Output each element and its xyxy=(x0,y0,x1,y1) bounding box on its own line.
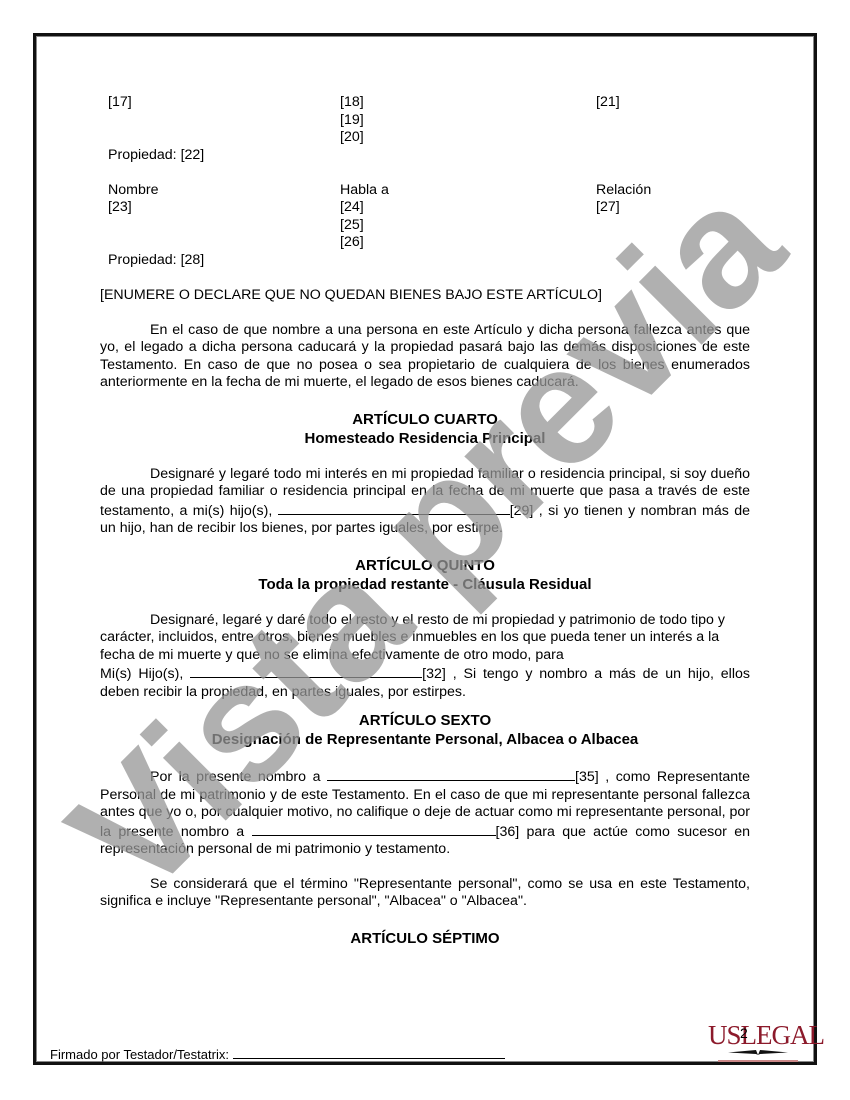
bequest-header-row: Nombre Habla a Relación xyxy=(100,182,750,200)
successor-blank-line xyxy=(252,822,496,836)
signature-label: Firmado por Testador/Testatrix: xyxy=(50,1047,229,1062)
article-5-subtitle: Toda la propiedad restante - Cláusula Re… xyxy=(100,575,750,594)
article-5-paragraph-b: Mi(s) Hijo(s), [32] , Si tengo y nombro … xyxy=(100,664,750,701)
article-4-subtitle: Homesteado Residencia Principal xyxy=(100,429,750,448)
property-field: Propiedad: [22] xyxy=(100,147,750,165)
field-ref-36: [36] xyxy=(496,824,520,840)
article-5-title: ARTÍCULO QUINTO xyxy=(100,556,750,575)
signature-blank xyxy=(233,1045,505,1059)
relation-field: [21] xyxy=(596,94,620,112)
header-relation: Relación xyxy=(596,182,651,200)
article-6-text-a: Por la presente nombro a xyxy=(150,769,320,785)
name-field: [23] xyxy=(108,199,132,217)
address-field-line-1: [24] xyxy=(340,199,364,217)
eagle-wing-icon xyxy=(728,1050,788,1055)
bequest-row-2: [23] [24] [27] xyxy=(100,199,750,217)
document-body: [17] [18] [21] [19] [20] Propiedad: [22]… xyxy=(100,94,750,948)
children-blank-line xyxy=(190,664,422,678)
representative-blank-line xyxy=(327,767,575,781)
page-number: 2 xyxy=(740,1025,748,1041)
header-name: Nombre xyxy=(108,182,158,200)
article-4-title: ARTÍCULO CUARTO xyxy=(100,410,750,429)
heir-blank-line xyxy=(278,501,510,515)
name-field: [17] xyxy=(108,94,132,112)
field-ref-29: [29] xyxy=(510,503,534,519)
article-6-subtitle: Designación de Representante Personal, A… xyxy=(100,730,750,749)
address-field-line-2: [25] xyxy=(340,217,364,235)
bequest-row-1: [17] [18] [21] xyxy=(100,94,750,112)
logo-text: USLEGAL xyxy=(708,1022,820,1049)
article-4-paragraph: Designaré y legaré todo mi interés en mi… xyxy=(100,466,750,538)
article-6-paragraph-2: Se considerará que el término "Represent… xyxy=(100,876,750,911)
logo-tagline-bar xyxy=(718,1060,798,1062)
article-5-paragraph-a: Designaré, legaré y daré todo el resto y… xyxy=(100,612,750,665)
article-6-paragraph-1: Por la presente nombro a [35] , como Rep… xyxy=(100,767,750,859)
relation-field: [27] xyxy=(596,199,620,217)
article-6-title: ARTÍCULO SEXTO xyxy=(100,711,750,730)
field-ref-32: [32] xyxy=(422,666,446,682)
address-field-line-2: [19] xyxy=(340,112,364,130)
property-field: Propiedad: [28] xyxy=(100,252,750,270)
lapse-paragraph: En el caso de que nombre a una persona e… xyxy=(100,322,750,392)
signature-line: Firmado por Testador/Testatrix: xyxy=(50,1045,505,1062)
field-ref-35: [35] xyxy=(575,769,599,785)
uslegal-logo: USLEGAL xyxy=(708,1022,820,1064)
instruction-text: [ENUMERE O DECLARE QUE NO QUEDAN BIENES … xyxy=(100,287,750,305)
address-field-line-3: [26] xyxy=(340,234,364,252)
address-field-line-1: [18] xyxy=(340,94,364,112)
address-field-line-3: [20] xyxy=(340,129,364,147)
article-7-title: ARTÍCULO SÉPTIMO xyxy=(100,929,750,948)
article-5-prefix: Mi(s) Hijo(s), xyxy=(100,666,183,682)
header-address: Habla a xyxy=(340,182,389,200)
